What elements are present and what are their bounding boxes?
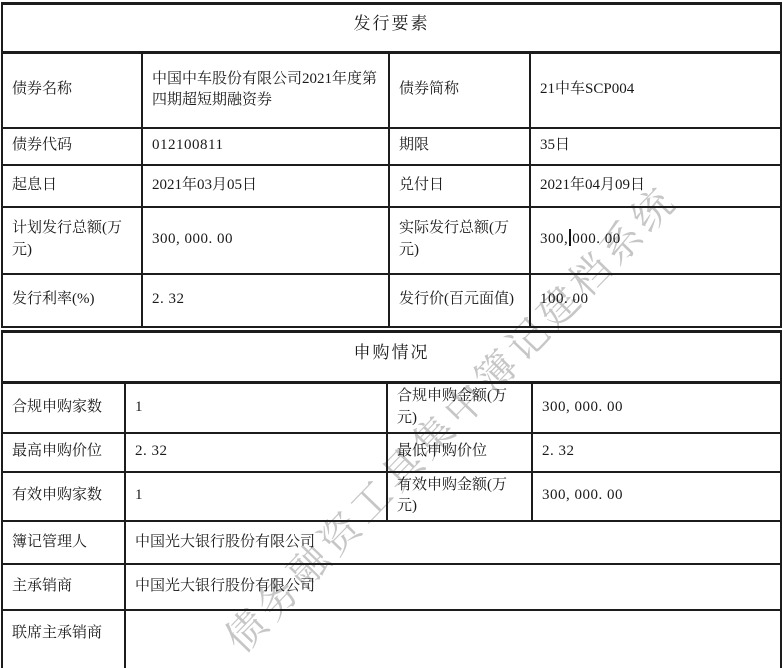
document-page: 债务融资工具集中簿记建档系统 发行要素 债券名称 中国中车股份有限公司2021年…	[0, 0, 782, 668]
lowest-bid-price-value: 2. 32	[532, 433, 781, 472]
table-row: 债券名称 中国中车股份有限公司2021年度第四期超短期融资券 债券简称 21中车…	[2, 53, 781, 128]
text-cursor	[569, 229, 571, 246]
term-label: 期限	[389, 128, 530, 165]
value-date-label: 起息日	[2, 165, 142, 207]
joint-lead-underwriter-label: 联席主承销商	[2, 610, 125, 668]
highest-bid-price-value: 2. 32	[125, 433, 387, 472]
bookrunner-value: 中国光大银行股份有限公司	[125, 521, 781, 564]
highest-bid-price-label: 最高申购价位	[2, 433, 125, 472]
coupon-rate-value: 2. 32	[142, 274, 389, 327]
table-row: 计划发行总额(万元) 300, 000. 00 实际发行总额(万元) 300,0…	[2, 207, 781, 274]
bond-abbr-value: 21中车SCP004	[530, 53, 781, 128]
issue-price-value: 100. 00	[530, 274, 781, 327]
planned-total-value: 300, 000. 00	[142, 207, 389, 274]
payment-date-value: 2021年04月09日	[530, 165, 781, 207]
table-row: 主承销商 中国光大银行股份有限公司	[2, 564, 781, 610]
compliant-bid-amount-label: 合规申购金额(万元)	[387, 383, 532, 433]
valid-bid-amount-label: 有效申购金额(万元)	[387, 472, 532, 522]
actual-total-after-cursor: 000. 00	[572, 231, 621, 247]
table-row: 债券代码 012100811 期限 35日	[2, 128, 781, 165]
lowest-bid-price-label: 最低申购价位	[387, 433, 532, 472]
table-row: 申购情况	[2, 332, 781, 383]
valid-bid-count-value: 1	[125, 472, 387, 522]
table-row: 联席主承销商	[2, 610, 781, 668]
payment-date-label: 兑付日	[389, 165, 530, 207]
bond-name-label: 债券名称	[2, 53, 142, 128]
issue-price-label: 发行价(百元面值)	[389, 274, 530, 327]
lead-underwriter-value: 中国光大银行股份有限公司	[125, 564, 781, 610]
term-value: 35日	[530, 128, 781, 165]
valid-bid-count-label: 有效申购家数	[2, 472, 125, 522]
valid-bid-amount-value: 300, 000. 00	[532, 472, 781, 522]
table-row: 簿记管理人 中国光大银行股份有限公司	[2, 521, 781, 564]
bookrunner-label: 簿记管理人	[2, 521, 125, 564]
table-row: 有效申购家数 1 有效申购金额(万元) 300, 000. 00	[2, 472, 781, 522]
table-row: 起息日 2021年03月05日 兑付日 2021年04月09日	[2, 165, 781, 207]
table-row: 最高申购价位 2. 32 最低申购价位 2. 32	[2, 433, 781, 472]
subscription-table: 申购情况 合规申购家数 1 合规申购金额(万元) 300, 000. 00 最高…	[1, 330, 782, 668]
lead-underwriter-label: 主承销商	[2, 564, 125, 610]
actual-total-label: 实际发行总额(万元)	[389, 207, 530, 274]
actual-total-before-cursor: 300,	[540, 231, 568, 247]
subscription-section-title: 申购情况	[2, 332, 781, 383]
compliant-bid-count-value: 1	[125, 383, 387, 433]
table-row: 合规申购家数 1 合规申购金额(万元) 300, 000. 00	[2, 383, 781, 433]
compliant-bid-count-label: 合规申购家数	[2, 383, 125, 433]
bond-name-value: 中国中车股份有限公司2021年度第四期超短期融资券	[142, 53, 389, 128]
bond-code-label: 债券代码	[2, 128, 142, 165]
value-date-value: 2021年03月05日	[142, 165, 389, 207]
compliant-bid-amount-value: 300, 000. 00	[532, 383, 781, 433]
actual-total-value: 300,000. 00	[530, 207, 781, 274]
bond-abbr-label: 债券简称	[389, 53, 530, 128]
joint-lead-underwriter-value	[125, 610, 781, 668]
issuance-section-title: 发行要素	[2, 4, 781, 53]
coupon-rate-label: 发行利率(%)	[2, 274, 142, 327]
planned-total-label: 计划发行总额(万元)	[2, 207, 142, 274]
issuance-table: 发行要素 债券名称 中国中车股份有限公司2021年度第四期超短期融资券 债券简称…	[1, 2, 782, 328]
bond-code-value: 012100811	[142, 128, 389, 165]
table-row: 发行要素	[2, 4, 781, 53]
table-row: 发行利率(%) 2. 32 发行价(百元面值) 100. 00	[2, 274, 781, 327]
